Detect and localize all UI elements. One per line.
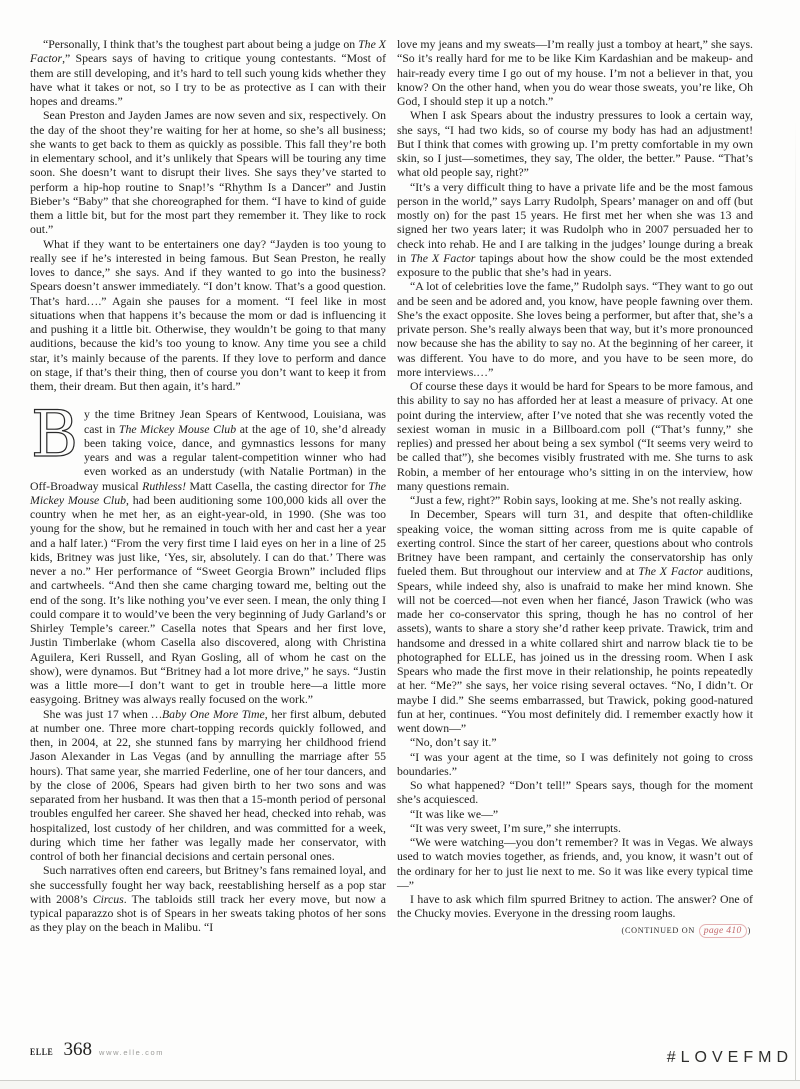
paragraph: “It’s a very difficult thing to have a p… [397,180,753,280]
paragraph: “I was your agent at the time, so I was … [397,750,753,779]
page-number: 368 [64,1039,93,1061]
paragraph: In December, Spears will turn 31, and de… [397,507,753,735]
paragraph: So what happened? “Don’t tell!” Spears s… [397,778,753,807]
paragraph: “Personally, I think that’s the toughest… [30,37,386,108]
watermark-lovefmd: #LOVEFMD [667,1049,793,1067]
paragraph: Of course these days it would be hard fo… [397,379,753,493]
paragraph: Sean Preston and Jayden James are now se… [30,108,386,236]
continued-page-ref: page 410 [699,924,747,938]
magazine-page: “Personally, I think that’s the toughest… [0,0,800,1089]
paragraph: When I ask Spears about the industry pre… [397,108,753,179]
paragraph: “Just a few, right?” Robin says, looking… [397,493,753,507]
paragraph: “A lot of celebrities love the fame,” Ru… [397,279,753,379]
paragraph: Such narratives often end careers, but B… [30,863,386,934]
paragraph: What if they want to be entertainers one… [30,237,386,394]
page-footer: ELLE 368 www.elle.com [30,1039,164,1061]
paragraph: “It was like we—” [397,807,753,821]
paragraph: “No, don’t say it.” [397,735,753,749]
article-column-left: “Personally, I think that’s the toughest… [30,37,386,938]
page-edge-vertical [795,120,796,1081]
paragraph: I have to ask which film spurred Britney… [397,892,753,921]
magazine-brand: ELLE [30,1048,53,1058]
paragraph: “It was very sweet, I’m sure,” she inter… [397,821,753,835]
article-column-right: love my jeans and my sweats—I’m really j… [397,37,753,938]
continued-close: ) [748,926,751,935]
paragraph: love my jeans and my sweats—I’m really j… [397,37,753,108]
website-url: www.elle.com [99,1048,164,1057]
paragraph: She was just 17 when …Baby One More Time… [30,707,386,864]
article-column-right-paragraphs: love my jeans and my sweats—I’m really j… [397,37,753,921]
continued-notice: (CONTINUED ON page 410) [397,923,753,938]
page-edge-margin [0,1081,800,1089]
article-body: “Personally, I think that’s the toughest… [30,37,754,938]
drop-cap: B [31,410,78,465]
paragraph: By the time Britney Jean Spears of Kentw… [30,407,386,706]
paragraph: “We were watching—you don’t remember? It… [397,835,753,892]
continued-label: (CONTINUED ON [622,926,698,935]
